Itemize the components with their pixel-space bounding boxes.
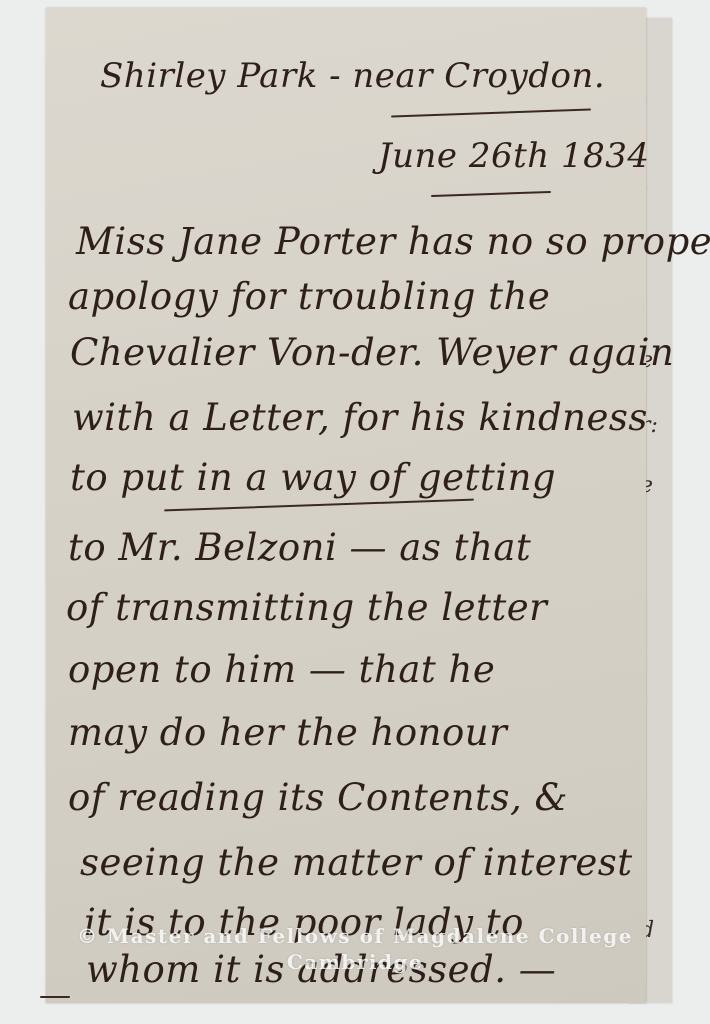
letter-date: June 26th 1834 — [378, 136, 650, 176]
letter-sheet: Shirley Park - near Croydon. June 26th 1… — [46, 8, 646, 1003]
copyright-watermark-line-2: Cambridge — [0, 950, 710, 974]
letter-line-7: of transmitting the letter — [66, 586, 547, 629]
letter-line-11: seeing the matter of interest — [80, 841, 633, 884]
letter-line-6: to Mr. Belzoni — as that — [68, 526, 531, 569]
letter-line-9: may do her the honour — [68, 711, 507, 754]
left-edge-mark — [40, 996, 70, 998]
letter-line-3: Chevalier Von-der. Weyer again — [70, 331, 674, 374]
letter-line-10: of reading its Contents, & — [68, 776, 568, 819]
letter-line-2: apology for troubling the — [68, 275, 550, 318]
date-separator-rule — [431, 191, 551, 197]
phrase-underline — [164, 499, 474, 512]
letter-line-8: open to him — that he — [68, 648, 495, 691]
letter-line-4: with a Letter, for his kindness — [72, 396, 648, 439]
letter-line-5: to put in a way of getting — [70, 456, 556, 499]
address-underline — [391, 109, 591, 118]
copyright-watermark-line-1: © Master and Fellows of Magdalene Colleg… — [0, 924, 710, 948]
letter-line-1: Miss Jane Porter has no so proper — [76, 220, 710, 263]
letter-address: Shirley Park - near Croydon. — [100, 56, 605, 96]
